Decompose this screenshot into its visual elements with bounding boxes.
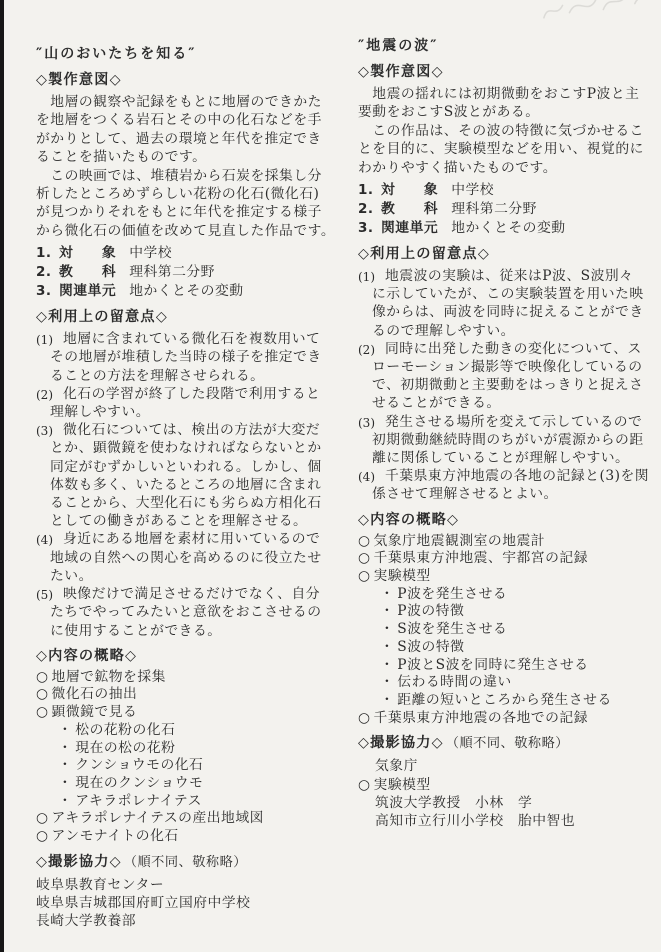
- bullet-text: 気象庁地震観測室の地震計: [374, 533, 546, 549]
- section-heading-text: ◇内容の概略◇: [358, 512, 459, 528]
- section-heading-text: ◇撮影協力◇: [358, 735, 444, 751]
- meta-number: 3.: [358, 219, 381, 238]
- item-line: とか、顕微鏡を使わなければならないとか: [50, 439, 336, 457]
- note-item: (2)化石の学習が終了した段階で利用すると理解しやすい。: [36, 385, 336, 421]
- column: ″山のおいたちを知る″◇製作意図◇ 地層の観察や記録をもとに地層のできかたを地層…: [36, 0, 336, 930]
- item-line: 離に関係していることが理解しやすい。: [372, 449, 653, 467]
- note-item: (4)千葉県東方沖地震の各地の記録と(3)を関係させて理解させるとよい。: [358, 467, 653, 503]
- bullet-item: ○千葉県東方沖地震、宇都宮の記録: [358, 550, 653, 568]
- meta-row: 1.対 象中学校: [36, 244, 336, 263]
- meta-row: 3.関連単元地かくとその変動: [358, 219, 653, 238]
- item-line: 係させて理解させるとよい。: [372, 485, 653, 503]
- section-heading: ◇撮影協力◇（順不同、敬称略）: [36, 853, 336, 872]
- paragraph: この作品は、その波の特徴に気づかせることを目的に、実験模型などを用い、視覚的にわ…: [358, 122, 653, 177]
- item-line: 初期微動継続時間のちがいが震源からの距: [372, 431, 653, 449]
- credit-line: ○実験模型: [358, 776, 653, 794]
- meta-value: 地かくとその変動: [451, 220, 565, 236]
- item-marker: (4): [358, 468, 375, 486]
- circle-bullet-icon: ○: [358, 710, 371, 726]
- item-line: で、初期微動と主要動をはっきりと捉えさ: [372, 376, 653, 394]
- meta-label: 関連単元: [59, 283, 116, 299]
- body-line: がかりとして、過去の環境と年代を推定でき: [36, 130, 336, 148]
- credit-text: 岐阜県吉城郡国府町立国府中学校: [36, 895, 250, 911]
- bullet-item: ・松の花粉の化石: [36, 722, 336, 740]
- note-item: (3)発生させる場所を変えて示しているので初期微動継続時間のちがいが震源からの距…: [358, 413, 653, 468]
- dot-bullet-icon: ・: [58, 740, 72, 756]
- item-line: 映像だけで満足させるだけでなく、自分: [50, 585, 336, 603]
- credit-line: 筑波大学教授 小林 学: [358, 794, 653, 812]
- bullet-item: ○実験模型: [358, 568, 653, 586]
- section-heading: ◇製作意図◇: [358, 63, 653, 82]
- meta-row: 2.教 科理科第二分野: [36, 263, 336, 282]
- bullet-text: アキラポレナイテス: [75, 793, 202, 809]
- dot-bullet-icon: ・: [58, 775, 72, 791]
- bullet-text: 伝わる時間の違い: [397, 674, 511, 690]
- section-heading-text: ◇利用上の留意点◇: [358, 246, 490, 262]
- dot-bullet-icon: ・: [58, 793, 72, 809]
- dot-bullet-icon: ・: [380, 586, 394, 602]
- bullet-item: ・P波を発生させる: [358, 586, 653, 604]
- bullet-text: 顕微鏡で見る: [52, 704, 138, 720]
- meta-label: 教 科: [59, 264, 116, 280]
- meta-number: 2.: [358, 200, 381, 219]
- dot-bullet-icon: ・: [58, 722, 72, 738]
- bullet-text: P波を発生させる: [397, 586, 507, 602]
- bullet-item: ・P波とS波を同時に発生させる: [358, 657, 653, 675]
- section-heading: ◇内容の概略◇: [36, 647, 336, 666]
- meta-label: 教 科: [381, 201, 438, 217]
- body-line: 要動をおこすS波とがある。: [358, 103, 653, 121]
- credit-line: 気象庁: [358, 757, 653, 775]
- item-line: せることができる。: [372, 394, 653, 412]
- body-line: 地震の揺れには初期微動をおこすP波と主: [358, 85, 653, 103]
- section-heading-text: ◇内容の概略◇: [36, 648, 137, 664]
- bullet-text: 千葉県東方沖地震の各地での記録: [374, 710, 588, 726]
- meta-value: 中学校: [451, 182, 494, 198]
- bullet-text: 実験模型: [374, 568, 431, 584]
- section-heading: ◇利用上の留意点◇: [358, 245, 653, 264]
- item-marker: (2): [358, 341, 375, 359]
- section-heading: ◇利用上の留意点◇: [36, 308, 336, 327]
- credit-line: 高知市立行川小学校 胎中智也: [358, 812, 653, 830]
- credit-text: 長崎大学教養部: [36, 913, 136, 929]
- scanned-document-page: ″山のおいたちを知る″◇製作意図◇ 地層の観察や記録をもとに地層のできかたを地層…: [0, 0, 661, 952]
- bullet-item: ・伝わる時間の違い: [358, 674, 653, 692]
- bullet-text: 現在のクンショウモ: [75, 775, 203, 791]
- item-line: 理解しやすい。: [50, 403, 336, 421]
- meta-value: 理科第二分野: [129, 264, 215, 280]
- circle-bullet-icon: ○: [36, 810, 49, 826]
- section-heading-text: ◇利用上の留意点◇: [36, 309, 168, 325]
- credit-line: 岐阜県教育センター: [36, 876, 336, 894]
- section-heading: ◇製作意図◇: [36, 71, 336, 90]
- credit-text: 気象庁: [375, 758, 418, 774]
- body-line: が見つかりそれをもとに年代を推定する様子: [36, 203, 336, 221]
- body-line: ることを描いたものです。: [36, 148, 336, 166]
- item-marker: (4): [36, 531, 53, 549]
- bullet-item: ○地層で鉱物を採集: [36, 669, 336, 687]
- bullet-item: ○微化石の抽出: [36, 686, 336, 704]
- bullet-text: 微化石の抽出: [52, 686, 138, 702]
- circle-bullet-icon: ○: [36, 669, 49, 685]
- credit-line: 長崎大学教養部: [36, 912, 336, 930]
- credit-line: 岐阜県吉城郡国府町立国府中学校: [36, 894, 336, 912]
- item-line: たい。: [50, 567, 336, 585]
- meta-row: 2.教 科理科第二分野: [358, 200, 653, 219]
- bullet-text: 千葉県東方沖地震、宇都宮の記録: [374, 550, 588, 566]
- section-heading-text: ◇撮影協力◇: [36, 854, 122, 870]
- item-line: 体数も多く、いたるところの地層に含まれ: [50, 476, 336, 494]
- circle-bullet-icon: ○: [36, 704, 49, 720]
- meta-row: 3.関連単元地かくとその変動: [36, 282, 336, 301]
- bullet-item: ・P波の特徴: [358, 603, 653, 621]
- meta-number: 3.: [36, 282, 59, 301]
- section-heading-text: ◇製作意図◇: [36, 72, 122, 88]
- meta-number: 1.: [358, 181, 381, 200]
- note-item: (5)映像だけで満足させるだけでなく、自分たちでやってみたいと意欲をおこさせるの…: [36, 585, 336, 640]
- item-line: 微化石については、検出の方法が大変だ: [50, 421, 336, 439]
- bullet-item: ○アンモナイトの化石: [36, 828, 336, 846]
- bullet-text: 現在の松の花粉: [75, 740, 175, 756]
- body-line: とを目的に、実験模型などを用い、視覚的に: [358, 140, 653, 158]
- bullet-text: S波の特徴: [397, 639, 464, 655]
- bullet-text: S波を発生させる: [397, 621, 507, 637]
- bullet-text: P波とS波を同時に発生させる: [397, 657, 588, 673]
- item-marker: (5): [36, 586, 53, 604]
- paragraph: 地層の観察や記録をもとに地層のできかたを地層をつくる岩石とその中の化石などを手が…: [36, 93, 336, 167]
- bullet-item: ○気象庁地震観測室の地震計: [358, 533, 653, 551]
- column: ″地震の波″◇製作意図◇ 地震の揺れには初期微動をおこすP波と主要動をおこすS波…: [358, 0, 653, 930]
- section-heading-note: （順不同、敬称略）: [446, 736, 569, 751]
- section-heading: ◇内容の概略◇: [358, 511, 653, 530]
- item-marker: (3): [358, 414, 375, 432]
- body-line: わかりやすく描いたものです。: [358, 159, 653, 177]
- meta-list: 1.対 象中学校2.教 科理科第二分野3.関連単元地かくとその変動: [36, 244, 336, 301]
- bullet-item: ・現在のクンショウモ: [36, 775, 336, 793]
- dot-bullet-icon: ・: [380, 621, 394, 637]
- item-line: ることから、大型化石にも劣らぬ方相化石: [50, 494, 336, 512]
- meta-value: 理科第二分野: [451, 201, 537, 217]
- credit-text: 高知市立行川小学校 胎中智也: [375, 813, 575, 829]
- dot-bullet-icon: ・: [380, 692, 394, 708]
- bullet-item: ○アキラポレナイテスの産出地域図: [36, 810, 336, 828]
- item-line: に示していたが、この実験装置を用いた映: [372, 285, 653, 303]
- item-line: 同時に出発した動きの変化について、ス: [372, 340, 653, 358]
- bullet-item: ・S波の特徴: [358, 639, 653, 657]
- content-columns: ″山のおいたちを知る″◇製作意図◇ 地層の観察や記録をもとに地層のできかたを地層…: [36, 0, 653, 930]
- body-line: から微化石の価値を改めて見直した作品です。: [36, 222, 336, 240]
- paragraph: 地震の揺れには初期微動をおこすP波と主要動をおこすS波とがある。: [358, 85, 653, 122]
- item-marker: (1): [358, 268, 375, 286]
- meta-value: 地かくとその変動: [129, 283, 243, 299]
- item-line: 地震波の実験は、従来はP波、S波別々: [372, 267, 653, 285]
- section-heading-note: （順不同、敬称略）: [124, 855, 247, 870]
- note-item: (4)身近にある地層を素材に用いているので地域の自然への関心を高めるのに役立たせ…: [36, 530, 336, 585]
- meta-value: 中学校: [129, 245, 172, 261]
- paragraph: この映画では、堆積岩から石炭を採集し分析したところめずらしい花粉の化石(微化石)…: [36, 167, 336, 241]
- circle-bullet-icon: ○: [358, 568, 371, 584]
- note-item: (3)微化石については、検出の方法が大変だとか、顕微鏡を使わなければならないとか…: [36, 421, 336, 530]
- dot-bullet-icon: ・: [380, 657, 394, 673]
- item-line: るので理解しやすい。: [372, 322, 653, 340]
- dot-bullet-icon: ・: [380, 639, 394, 655]
- film-title: ″山のおいたちを知る″: [36, 44, 336, 64]
- item-line: 地域の自然への関心を高めるのに役立たせ: [50, 549, 336, 567]
- credit-text: 岐阜県教育センター: [36, 877, 164, 893]
- body-line: 地層の観察や記録をもとに地層のできかた: [36, 93, 336, 111]
- bullet-text: 地層で鉱物を採集: [52, 669, 166, 685]
- item-marker: (1): [36, 331, 53, 349]
- item-marker: (3): [36, 422, 53, 440]
- bullet-item: ・アキラポレナイテス: [36, 793, 336, 811]
- film-title: ″地震の波″: [358, 36, 653, 56]
- item-line: 身近にある地層を素材に用いているので: [50, 530, 336, 548]
- item-line: その地層が堆積した当時の様子を推定でき: [50, 348, 336, 366]
- bullet-item: ・現在の松の花粉: [36, 740, 336, 758]
- circle-bullet-icon: ○: [36, 828, 49, 844]
- bullet-item: ○顕微鏡で見る: [36, 704, 336, 722]
- item-line: たちでやってみたいと意欲をおこさせるの: [50, 603, 336, 621]
- credit-text: 実験模型: [374, 777, 431, 793]
- item-line: 化石の学習が終了した段階で利用すると: [50, 385, 336, 403]
- bullet-text: アキラポレナイテスの産出地域図: [52, 810, 264, 826]
- bullet-text: 松の花粉の化石: [75, 722, 175, 738]
- meta-label: 対 象: [59, 245, 116, 261]
- dot-bullet-icon: ・: [380, 603, 394, 619]
- bullet-item: ○千葉県東方沖地震の各地での記録: [358, 710, 653, 728]
- body-line: を地層をつくる岩石とその中の化石などを手: [36, 111, 336, 129]
- bullet-item: ・S波を発生させる: [358, 621, 653, 639]
- circle-bullet-icon: ○: [36, 686, 49, 702]
- item-line: 同定がむずかしいといわれる。しかし、個: [50, 458, 336, 476]
- section-heading: ◇撮影協力◇（順不同、敬称略）: [358, 734, 653, 753]
- credit-text: 筑波大学教授 小林 学: [375, 795, 532, 811]
- meta-list: 1.対 象中学校2.教 科理科第二分野3.関連単元地かくとその変動: [358, 181, 653, 238]
- dot-bullet-icon: ・: [380, 674, 394, 690]
- note-item: (1)地層に含まれている微化石を複数用いてその地層が堆積した当時の様子を推定でき…: [36, 330, 336, 385]
- bullet-text: P波の特徴: [397, 603, 464, 619]
- section-heading-text: ◇製作意図◇: [358, 64, 444, 80]
- item-marker: (2): [36, 386, 53, 404]
- meta-label: 関連単元: [381, 220, 438, 236]
- meta-number: 2.: [36, 263, 59, 282]
- item-line: 像からは、両波を同時に捉えることができ: [372, 303, 653, 321]
- item-line: 発生させる場所を変えて示しているので: [372, 413, 653, 431]
- bullet-text: クンショウモの化石: [75, 757, 203, 773]
- body-line: 析したところめずらしい花粉の化石(微化石): [36, 185, 336, 203]
- circle-bullet-icon: ○: [358, 777, 371, 793]
- note-item: (2)同時に出発した動きの変化について、スローモーション撮影等で映像化しているの…: [358, 340, 653, 413]
- item-line: ローモーション撮影等で映像化しているの: [372, 358, 653, 376]
- bullet-item: ・クンショウモの化石: [36, 757, 336, 775]
- bullet-text: 距離の短いところから発生させる: [397, 692, 611, 708]
- circle-bullet-icon: ○: [358, 550, 371, 566]
- bullet-item: ・距離の短いところから発生させる: [358, 692, 653, 710]
- item-line: ることの方法を理解させられる。: [50, 367, 336, 385]
- meta-label: 対 象: [381, 182, 438, 198]
- meta-row: 1.対 象中学校: [358, 181, 653, 200]
- dot-bullet-icon: ・: [58, 757, 72, 773]
- note-item: (1)地震波の実験は、従来はP波、S波別々に示していたが、この実験装置を用いた映…: [358, 267, 653, 340]
- body-line: この作品は、その波の特徴に気づかせるこ: [358, 122, 653, 140]
- item-line: に使用することができる。: [50, 622, 336, 640]
- scan-edge-strip: [0, 0, 4, 952]
- item-line: 千葉県東方沖地震の各地の記録と(3)を関: [372, 467, 653, 485]
- meta-number: 1.: [36, 244, 59, 263]
- bullet-text: アンモナイトの化石: [52, 828, 179, 844]
- item-line: 地層に含まれている微化石を複数用いて: [50, 330, 336, 348]
- item-line: としての働きがあることを理解させる。: [50, 512, 336, 530]
- circle-bullet-icon: ○: [358, 533, 371, 549]
- body-line: この映画では、堆積岩から石炭を採集し分: [36, 167, 336, 185]
